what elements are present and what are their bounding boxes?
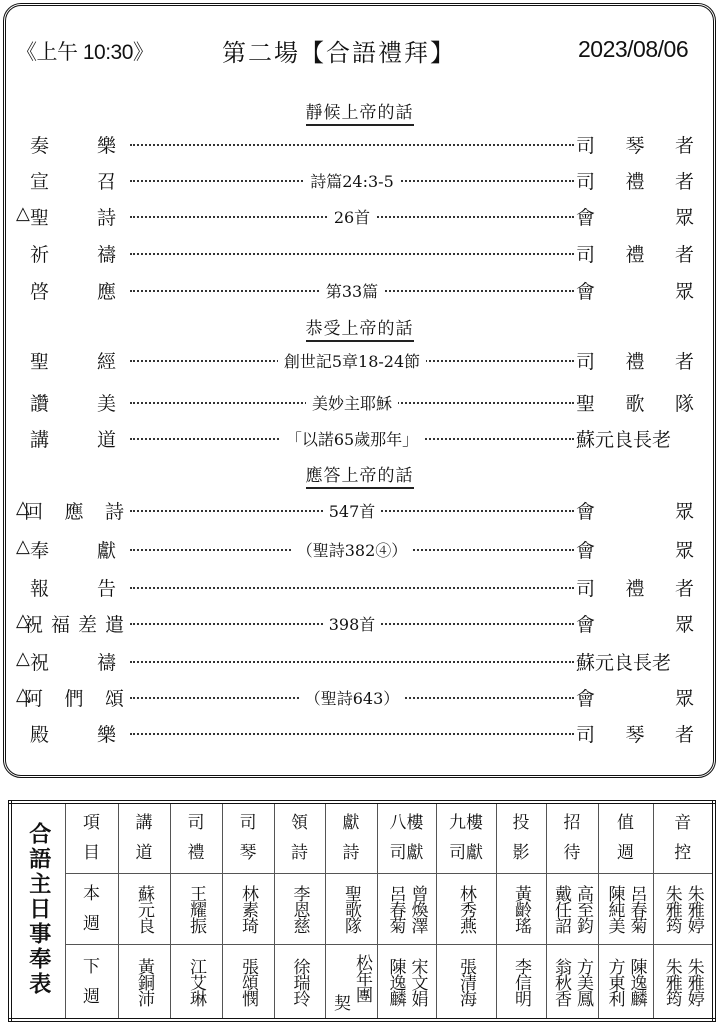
- program-row: △阿們頌（聖詩643）會眾: [0, 684, 719, 710]
- program-content: 「以諾65歲那年」: [280, 430, 424, 449]
- roster-row-label: 項目: [65, 802, 118, 873]
- roster-column-header: 獻詩: [325, 802, 377, 873]
- roster-column-header: 司禮: [170, 802, 222, 873]
- program-content: （聖詩382④）: [291, 541, 414, 560]
- roster-column-header: 九樓司獻: [436, 802, 496, 873]
- program-item: 祈禱: [18, 240, 130, 267]
- roster-cell-next-week: 方美鳳翁秋香: [546, 945, 598, 1020]
- program-row: △祝福差遣398首會眾: [0, 610, 719, 636]
- roster-cell-next-week: 陳逸麟方東利: [598, 945, 653, 1020]
- program-leader: 會眾: [576, 277, 694, 304]
- program-content: 詩篇24:3-5: [304, 172, 400, 191]
- program-leader: 會眾: [576, 497, 694, 524]
- roster-column-header: 八樓司獻: [377, 802, 436, 873]
- section-title: 靜候上帝的話: [0, 98, 719, 123]
- program-row: △聖詩26首會眾: [0, 203, 719, 229]
- program-leader: 聖歌隊: [576, 389, 694, 416]
- triangle-mark-icon: △: [16, 648, 30, 669]
- program-item: △回應詩: [18, 497, 130, 524]
- dotted-leader: [130, 661, 574, 663]
- program-row: 宣召詩篇24:3-5司禮者: [0, 167, 719, 193]
- roster-cell-this-week: 曾煥澤呂春菊: [377, 873, 436, 944]
- triangle-mark-icon: △: [16, 203, 30, 224]
- roster-column-header: 領詩: [274, 802, 325, 873]
- roster-column-header: 招待: [546, 802, 598, 873]
- program-leader: 司禮者: [576, 167, 694, 194]
- roster-row-label: 下週: [65, 945, 118, 1020]
- roster-side-title: 合語主日事奉表: [10, 802, 65, 1020]
- program-row: 祈禱司禮者: [0, 240, 719, 266]
- service-date: 2023/08/06: [578, 36, 688, 63]
- program-leader: 司禮者: [576, 240, 694, 267]
- program-item: 報告: [18, 574, 130, 601]
- program-item: △阿們頌: [18, 684, 130, 711]
- roster-cell-next-week: 宋文娟陳逸麟: [377, 945, 436, 1020]
- program-item: 殿樂: [18, 720, 130, 747]
- program-content: 創世記5章18-24節: [278, 352, 426, 371]
- roster-cell-this-week: 聖歌隊: [325, 873, 377, 944]
- program-item: 講道: [18, 425, 130, 452]
- program-item: 奏樂: [18, 131, 130, 158]
- program-item: 啓應: [18, 277, 130, 304]
- program-item: △奉獻: [18, 536, 130, 563]
- program-leader: 會眾: [576, 536, 694, 563]
- roster-cell-this-week: 李恩慈: [274, 873, 325, 944]
- section-title: 應答上帝的話: [0, 461, 719, 486]
- program-content: （聖詩643）: [299, 689, 406, 708]
- program-item: △祝禱: [18, 648, 130, 675]
- roster-cell-next-week: 黃銅沛: [118, 945, 170, 1020]
- program-item: 宣召: [18, 167, 130, 194]
- roster-cell-next-week: 李信明: [496, 945, 546, 1020]
- duty-roster-table: 合語主日事奉表 項目講道司禮司琴領詩獻詩八樓司獻九樓司獻投影招待值週音控 本週蘇…: [8, 800, 716, 1022]
- program-content: 398首: [323, 615, 382, 634]
- program-content: 26首: [328, 208, 376, 227]
- program-content: 第33篇: [320, 282, 384, 301]
- triangle-mark-icon: △: [16, 610, 30, 631]
- program-leader: 蘇元良長老: [576, 648, 694, 675]
- dotted-leader: [130, 587, 574, 589]
- roster-cell-this-week: 蘇元良: [118, 873, 170, 944]
- triangle-mark-icon: △: [16, 497, 30, 518]
- program-row: 讚美美妙主耶穌聖歌隊: [0, 389, 719, 415]
- roster-cell-next-week: 松年團契: [325, 945, 377, 1020]
- program-item: △聖詩: [18, 203, 130, 230]
- program-content: 547首: [323, 502, 382, 521]
- program-row: 殿樂司琴者: [0, 720, 719, 746]
- dotted-leader: [130, 733, 574, 735]
- roster-cell-next-week: 江艾琳: [170, 945, 222, 1020]
- roster-cell-next-week: 張清海: [436, 945, 496, 1020]
- program-row: △回應詩547首會眾: [0, 497, 719, 523]
- roster-cell-this-week: 朱雅婷朱雅筠: [653, 873, 714, 944]
- roster-cell-this-week: 林素琦: [222, 873, 274, 944]
- roster-column-header: 投影: [496, 802, 546, 873]
- program-item: △祝福差遣: [18, 610, 130, 637]
- roster-cell-next-week: 徐瑞玲: [274, 945, 325, 1020]
- roster-column-header: 音控: [653, 802, 714, 873]
- roster-column-header: 講道: [118, 802, 170, 873]
- roster-cell-this-week: 林秀燕: [436, 873, 496, 944]
- program-row: 聖經創世記5章18-24節司禮者: [0, 347, 719, 373]
- program-leader: 司禮者: [576, 347, 694, 374]
- roster-row-label: 本週: [65, 873, 118, 944]
- program-item: 聖經: [18, 347, 130, 374]
- program-item: 讚美: [18, 389, 130, 416]
- dotted-leader: [130, 144, 574, 146]
- program-leader: 會眾: [576, 203, 694, 230]
- program-leader: 司禮者: [576, 574, 694, 601]
- program-leader: 蘇元良長老: [576, 425, 694, 452]
- program-row: 啓應第33篇會眾: [0, 277, 719, 303]
- program-row: 講道「以諾65歲那年」蘇元良長老: [0, 425, 719, 451]
- dotted-leader: [130, 253, 574, 255]
- roster-cell-this-week: 呂春菊陳純美: [598, 873, 653, 944]
- triangle-mark-icon: △: [16, 684, 30, 705]
- triangle-mark-icon: △: [16, 536, 30, 557]
- program-row: △祝禱蘇元良長老: [0, 648, 719, 674]
- program-leader: 司琴者: [576, 131, 694, 158]
- roster-cell-next-week: 張頌憫: [222, 945, 274, 1020]
- program-leader: 會眾: [576, 684, 694, 711]
- roster-column-header: 司琴: [222, 802, 274, 873]
- section-title: 恭受上帝的話: [0, 314, 719, 339]
- page-title: 第二場【合語禮拜】: [222, 33, 456, 68]
- program-leader: 司琴者: [576, 720, 694, 747]
- service-time: 《上午 10:30》: [16, 36, 153, 66]
- program-row: △奉獻（聖詩382④）會眾: [0, 536, 719, 562]
- roster-column-header: 值週: [598, 802, 653, 873]
- roster-cell-this-week: 高至鈞戴任詔: [546, 873, 598, 944]
- program-row: 奏樂司琴者: [0, 131, 719, 157]
- roster-cell-this-week: 王耀振: [170, 873, 222, 944]
- program-leader: 會眾: [576, 610, 694, 637]
- roster-cell-this-week: 黃齡瑤: [496, 873, 546, 944]
- program-row: 報告司禮者: [0, 574, 719, 600]
- program-content: 美妙主耶穌: [306, 394, 398, 413]
- roster-cell-next-week: 朱雅婷朱雅筠: [653, 945, 714, 1020]
